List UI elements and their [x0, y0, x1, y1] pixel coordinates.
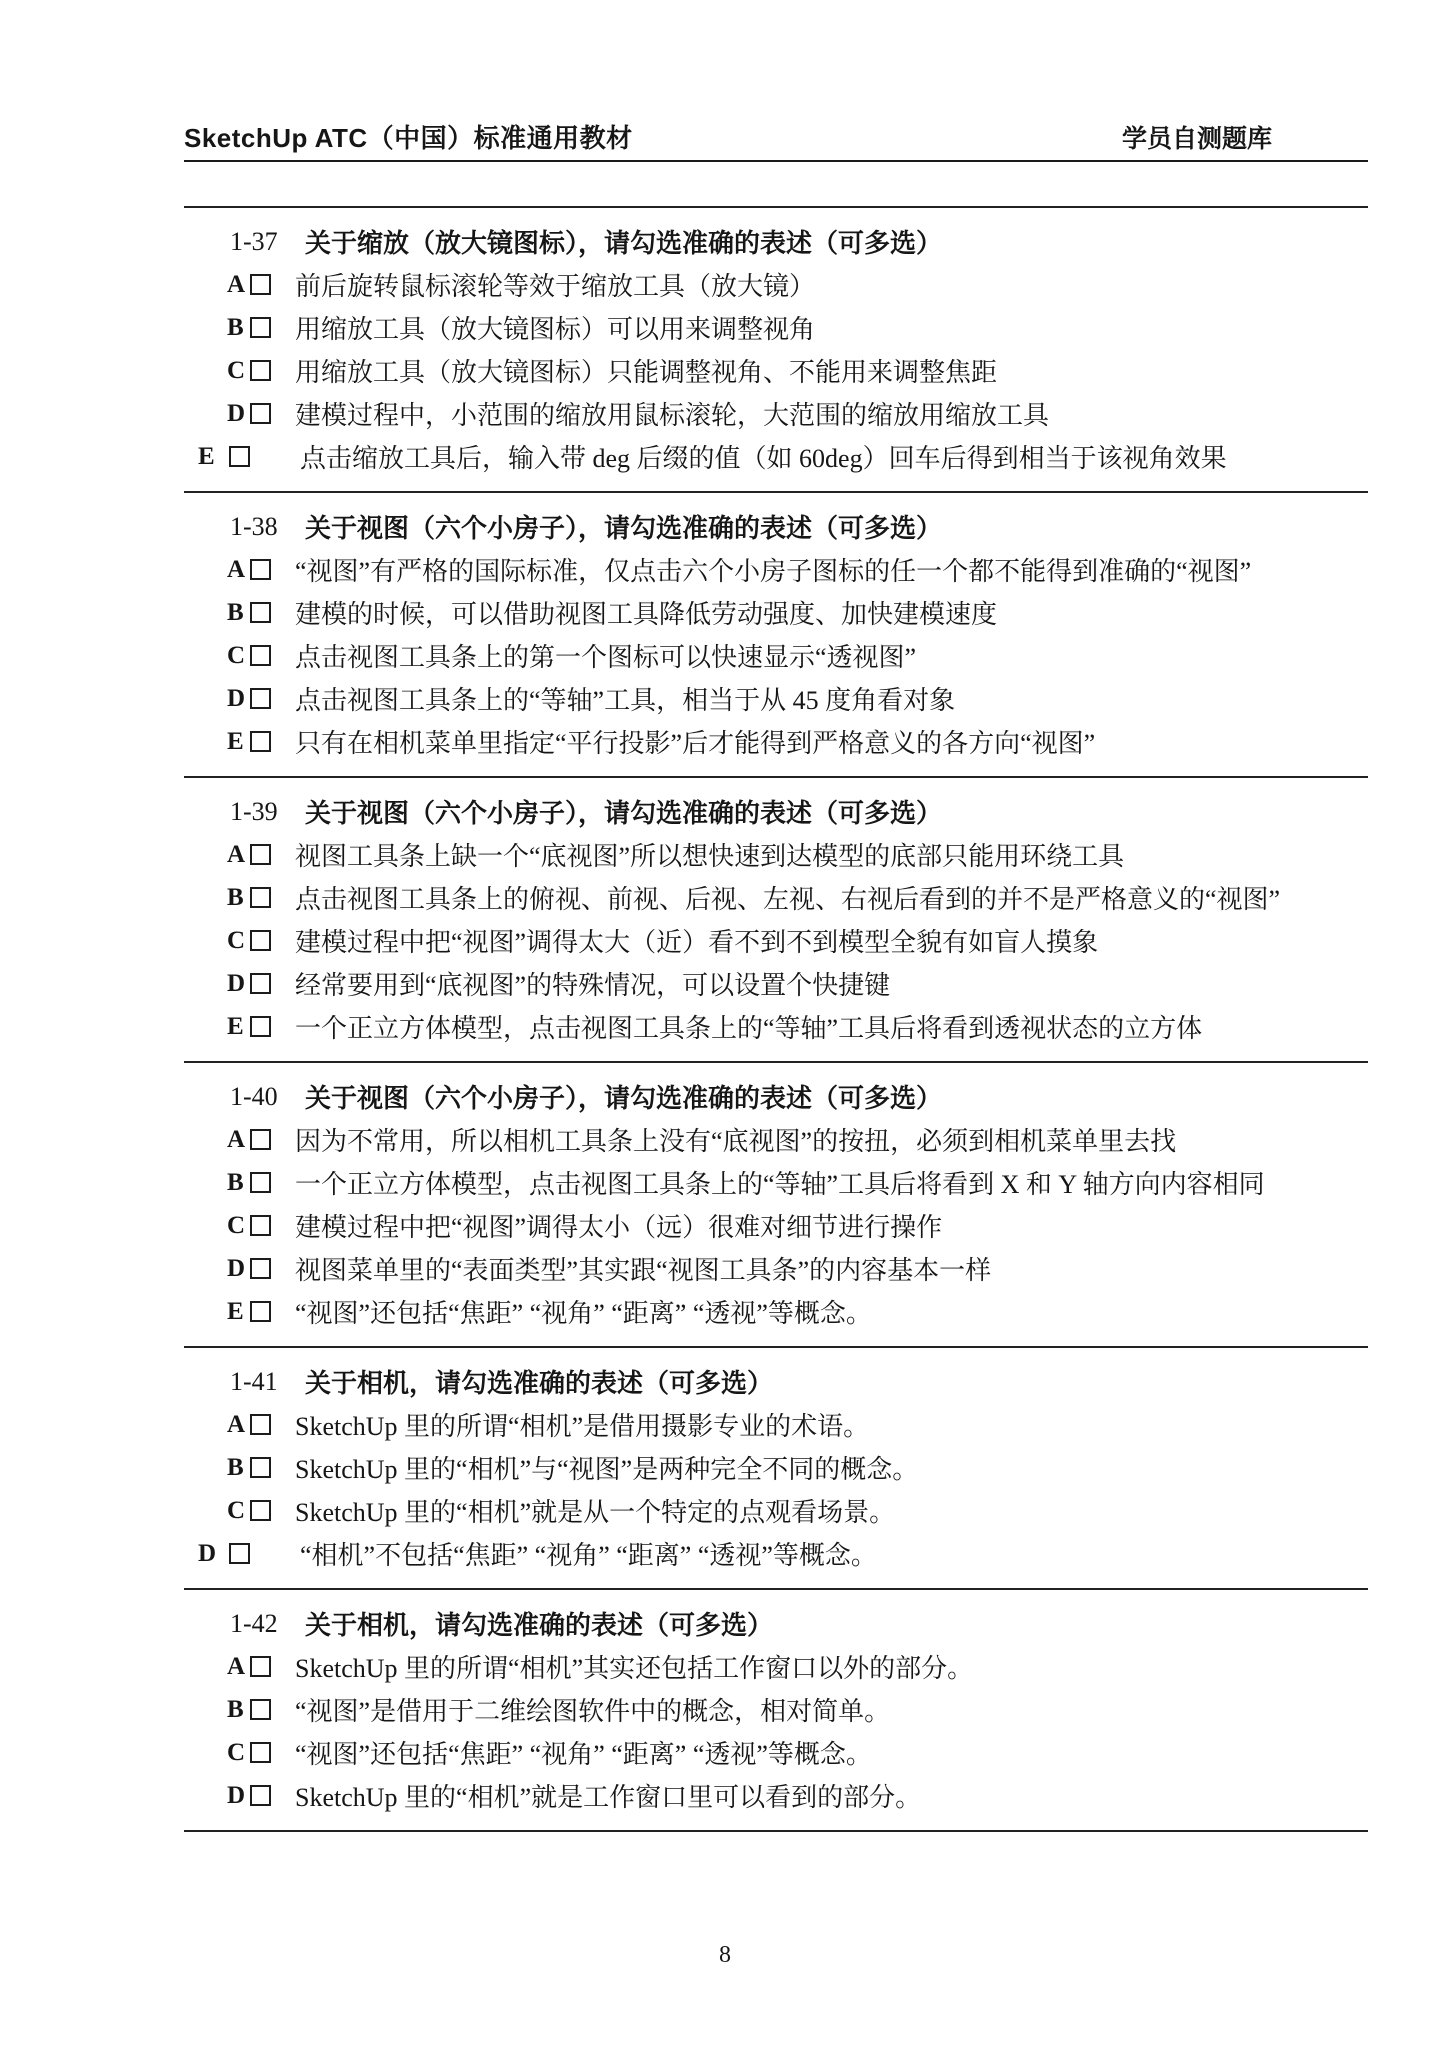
option-checkbox	[250, 930, 271, 951]
question-title: 关于视图（六个小房子），请勾选准确的表述（可多选）	[305, 508, 942, 545]
option-row: D 视图菜单里的“表面类型”其实跟“视图工具条”的内容基本一样	[184, 1247, 1368, 1290]
option-text: 前后旋转鼠标滚轮等效于缩放工具（放大镜）	[295, 266, 815, 303]
option-checkbox	[250, 1457, 271, 1478]
option-letter: E	[227, 1013, 250, 1041]
option-letter: A	[227, 841, 250, 869]
option-letter: B	[227, 1454, 250, 1482]
option-text: 建模的时候，可以借助视图工具降低劳动强度、加快建模速度	[295, 594, 997, 631]
option-row: A SketchUp 里的所谓“相机”是借用摄影专业的术语。	[184, 1403, 1368, 1446]
option-letter: E	[227, 1298, 250, 1326]
question-title-row: 1-41 关于相机，请勾选准确的表述（可多选）	[184, 1360, 1368, 1403]
page-content: SketchUp ATC（中国）标准通用教材 学员自测题库 1-37 关于缩放（…	[184, 0, 1368, 1832]
option-letter: A	[227, 1411, 250, 1439]
option-letter: C	[227, 1212, 250, 1240]
option-checkbox	[250, 844, 271, 865]
option-letter: C	[227, 927, 250, 955]
header-right-label: 学员自测题库	[1122, 119, 1368, 155]
option-row: A SketchUp 里的所谓“相机”其实还包括工作窗口以外的部分。	[184, 1645, 1368, 1688]
option-row: B 建模的时候，可以借助视图工具降低劳动强度、加快建模速度	[184, 591, 1368, 634]
question-title-row: 1-39 关于视图（六个小房子），请勾选准确的表述（可多选）	[184, 790, 1368, 833]
question-title: 关于缩放（放大镜图标），请勾选准确的表述（可多选）	[305, 223, 942, 260]
option-checkbox	[250, 360, 271, 381]
option-text: 只有在相机菜单里指定“平行投影”后才能得到严格意义的各方向“视图”	[295, 723, 1095, 760]
option-checkbox	[250, 602, 271, 623]
page-number: 8	[719, 1942, 731, 1968]
question-title-row: 1-37 关于缩放（放大镜图标），请勾选准确的表述（可多选）	[184, 220, 1368, 263]
option-checkbox	[229, 446, 250, 467]
option-row: E 点击缩放工具后，输入带 deg 后缀的值（如 60deg）回车后得到相当于该…	[184, 435, 1368, 478]
option-row: C 建模过程中把“视图”调得太小（远）很难对细节进行操作	[184, 1204, 1368, 1247]
option-row: D 点击视图工具条上的“等轴”工具，相当于从 45 度角看对象	[184, 677, 1368, 720]
option-text: 建模过程中把“视图”调得太大（近）看不到不到模型全貌有如盲人摸象	[295, 922, 1098, 959]
question-number: 1-40	[230, 1082, 285, 1112]
option-row: B SketchUp 里的“相机”与“视图”是两种完全不同的概念。	[184, 1446, 1368, 1489]
option-text: “视图”有严格的国际标准，仅点击六个小房子图标的任一个都不能得到准确的“视图”	[295, 551, 1251, 588]
question-block: 1-37 关于缩放（放大镜图标），请勾选准确的表述（可多选） A 前后旋转鼠标滚…	[184, 208, 1368, 493]
question-block: 1-39 关于视图（六个小房子），请勾选准确的表述（可多选） A 视图工具条上缺…	[184, 778, 1368, 1063]
page-footer: 8	[0, 1942, 1450, 1969]
option-letter: A	[227, 271, 250, 299]
option-letter: E	[227, 728, 250, 756]
option-text: 视图菜单里的“表面类型”其实跟“视图工具条”的内容基本一样	[295, 1250, 991, 1287]
option-letter: D	[227, 1782, 250, 1810]
question-block: 1-38 关于视图（六个小房子），请勾选准确的表述（可多选） A “视图”有严格…	[184, 493, 1368, 778]
question-title-row: 1-40 关于视图（六个小房子），请勾选准确的表述（可多选）	[184, 1075, 1368, 1118]
option-text: 建模过程中，小范围的缩放用鼠标滚轮，大范围的缩放用缩放工具	[295, 395, 1049, 432]
option-letter: D	[227, 685, 250, 713]
option-row: C “视图”还包括“焦距” “视角” “距离” “透视”等概念。	[184, 1731, 1368, 1774]
option-checkbox	[250, 1785, 271, 1806]
option-letter: B	[227, 314, 250, 342]
option-text: “相机”不包括“焦距” “视角” “距离” “透视”等概念。	[300, 1535, 877, 1572]
option-text: 因为不常用，所以相机工具条上没有“底视图”的按扭，必须到相机菜单里去找	[295, 1121, 1176, 1158]
option-row: C 建模过程中把“视图”调得太大（近）看不到不到模型全貌有如盲人摸象	[184, 919, 1368, 962]
option-checkbox	[250, 688, 271, 709]
question-title: 关于相机，请勾选准确的表述（可多选）	[305, 1363, 773, 1400]
option-letter: B	[227, 599, 250, 627]
question-number: 1-39	[230, 797, 285, 827]
option-text: 建模过程中把“视图”调得太小（远）很难对细节进行操作	[295, 1207, 942, 1244]
question-number: 1-38	[230, 512, 285, 542]
option-checkbox	[250, 973, 271, 994]
option-text: “视图”还包括“焦距” “视角” “距离” “透视”等概念。	[295, 1293, 872, 1330]
option-text: 视图工具条上缺一个“底视图”所以想快速到达模型的底部只能用环绕工具	[295, 836, 1124, 873]
option-text: SketchUp 里的所谓“相机”是借用摄影专业的术语。	[295, 1406, 869, 1443]
option-letter: C	[227, 1739, 250, 1767]
option-text: “视图”还包括“焦距” “视角” “距离” “透视”等概念。	[295, 1734, 872, 1771]
option-row: C SketchUp 里的“相机”就是从一个特定的点观看场景。	[184, 1489, 1368, 1532]
question-list: 1-37 关于缩放（放大镜图标），请勾选准确的表述（可多选） A 前后旋转鼠标滚…	[184, 208, 1368, 1832]
option-text: 经常要用到“底视图”的特殊情况，可以设置个快捷键	[295, 965, 890, 1002]
option-text: “视图”是借用于二维绘图软件中的概念，相对简单。	[295, 1691, 890, 1728]
option-letter: A	[227, 1126, 250, 1154]
question-title-row: 1-38 关于视图（六个小房子），请勾选准确的表述（可多选）	[184, 505, 1368, 548]
option-letter: C	[227, 642, 250, 670]
option-letter: C	[227, 1497, 250, 1525]
option-checkbox	[250, 1742, 271, 1763]
option-letter: D	[227, 1255, 250, 1283]
option-row: C 点击视图工具条上的第一个图标可以快速显示“透视图”	[184, 634, 1368, 677]
option-text: SketchUp 里的“相机”就是工作窗口里可以看到的部分。	[295, 1777, 921, 1814]
option-text: 一个正立方体模型，点击视图工具条上的“等轴”工具后将看到 X 和 Y 轴方向内容…	[295, 1164, 1265, 1201]
option-text: 用缩放工具（放大镜图标）可以用来调整视角	[295, 309, 815, 346]
option-row: B “视图”是借用于二维绘图软件中的概念，相对简单。	[184, 1688, 1368, 1731]
option-row: D “相机”不包括“焦距” “视角” “距离” “透视”等概念。	[184, 1532, 1368, 1575]
option-row: B 点击视图工具条上的俯视、前视、后视、左视、右视后看到的并不是严格意义的“视图…	[184, 876, 1368, 919]
document-title: SketchUp ATC（中国）标准通用教材	[184, 118, 633, 155]
option-row: A 视图工具条上缺一个“底视图”所以想快速到达模型的底部只能用环绕工具	[184, 833, 1368, 876]
option-letter: D	[227, 400, 250, 428]
question-block: 1-40 关于视图（六个小房子），请勾选准确的表述（可多选） A 因为不常用，所…	[184, 1063, 1368, 1348]
option-row: C 用缩放工具（放大镜图标）只能调整视角、不能用来调整焦距	[184, 349, 1368, 392]
option-letter: D	[198, 1540, 229, 1568]
option-row: D SketchUp 里的“相机”就是工作窗口里可以看到的部分。	[184, 1774, 1368, 1817]
option-checkbox	[250, 317, 271, 338]
option-list: A 前后旋转鼠标滚轮等效于缩放工具（放大镜） B 用缩放工具（放大镜图标）可以用…	[184, 263, 1368, 478]
option-letter: A	[227, 556, 250, 584]
option-checkbox	[250, 403, 271, 424]
option-row: D 经常要用到“底视图”的特殊情况，可以设置个快捷键	[184, 962, 1368, 1005]
option-checkbox	[250, 559, 271, 580]
option-text: 一个正立方体模型，点击视图工具条上的“等轴”工具后将看到透视状态的立方体	[295, 1008, 1202, 1045]
question-number: 1-41	[230, 1367, 285, 1397]
option-row: A “视图”有严格的国际标准，仅点击六个小房子图标的任一个都不能得到准确的“视图…	[184, 548, 1368, 591]
question-block: 1-41 关于相机，请勾选准确的表述（可多选） A SketchUp 里的所谓“…	[184, 1348, 1368, 1590]
option-checkbox	[250, 1414, 271, 1435]
option-text: 点击视图工具条上的第一个图标可以快速显示“透视图”	[295, 637, 916, 674]
option-checkbox	[250, 731, 271, 752]
option-row: D 建模过程中，小范围的缩放用鼠标滚轮，大范围的缩放用缩放工具	[184, 392, 1368, 435]
option-list: A 视图工具条上缺一个“底视图”所以想快速到达模型的底部只能用环绕工具 B 点击…	[184, 833, 1368, 1048]
option-list: A “视图”有严格的国际标准，仅点击六个小房子图标的任一个都不能得到准确的“视图…	[184, 548, 1368, 763]
option-checkbox	[250, 1129, 271, 1150]
option-checkbox	[250, 887, 271, 908]
option-letter: B	[227, 884, 250, 912]
option-letter: B	[227, 1169, 250, 1197]
option-checkbox	[250, 1656, 271, 1677]
option-text: SketchUp 里的“相机”与“视图”是两种完全不同的概念。	[295, 1449, 918, 1486]
option-row: E 一个正立方体模型，点击视图工具条上的“等轴”工具后将看到透视状态的立方体	[184, 1005, 1368, 1048]
option-text: 点击视图工具条上的俯视、前视、后视、左视、右视后看到的并不是严格意义的“视图”	[295, 879, 1280, 916]
option-letter: A	[227, 1653, 250, 1681]
question-number: 1-42	[230, 1609, 285, 1639]
option-checkbox	[250, 645, 271, 666]
question-title: 关于相机，请勾选准确的表述（可多选）	[305, 1605, 773, 1642]
option-checkbox	[250, 1215, 271, 1236]
option-list: A SketchUp 里的所谓“相机”是借用摄影专业的术语。 B SketchU…	[184, 1403, 1368, 1575]
option-checkbox	[250, 274, 271, 295]
question-title: 关于视图（六个小房子），请勾选准确的表述（可多选）	[305, 1078, 942, 1115]
option-list: A 因为不常用，所以相机工具条上没有“底视图”的按扭，必须到相机菜单里去找 B …	[184, 1118, 1368, 1333]
question-number: 1-37	[230, 227, 285, 257]
option-checkbox	[250, 1301, 271, 1322]
option-row: E “视图”还包括“焦距” “视角” “距离” “透视”等概念。	[184, 1290, 1368, 1333]
option-row: A 前后旋转鼠标滚轮等效于缩放工具（放大镜）	[184, 263, 1368, 306]
option-text: 点击缩放工具后，输入带 deg 后缀的值（如 60deg）回车后得到相当于该视角…	[300, 438, 1227, 475]
option-checkbox	[250, 1699, 271, 1720]
option-checkbox	[229, 1543, 250, 1564]
option-checkbox	[250, 1016, 271, 1037]
header-gap	[184, 162, 1368, 206]
question-block: 1-42 关于相机，请勾选准确的表述（可多选） A SketchUp 里的所谓“…	[184, 1590, 1368, 1832]
option-text: 用缩放工具（放大镜图标）只能调整视角、不能用来调整焦距	[295, 352, 997, 389]
option-text: SketchUp 里的所谓“相机”其实还包括工作窗口以外的部分。	[295, 1648, 973, 1685]
option-list: A SketchUp 里的所谓“相机”其实还包括工作窗口以外的部分。 B “视图…	[184, 1645, 1368, 1817]
option-letter: D	[227, 970, 250, 998]
option-text: SketchUp 里的“相机”就是从一个特定的点观看场景。	[295, 1492, 895, 1529]
option-row: A 因为不常用，所以相机工具条上没有“底视图”的按扭，必须到相机菜单里去找	[184, 1118, 1368, 1161]
option-row: E 只有在相机菜单里指定“平行投影”后才能得到严格意义的各方向“视图”	[184, 720, 1368, 763]
option-checkbox	[250, 1172, 271, 1193]
option-row: B 一个正立方体模型，点击视图工具条上的“等轴”工具后将看到 X 和 Y 轴方向…	[184, 1161, 1368, 1204]
option-checkbox	[250, 1258, 271, 1279]
option-letter: B	[227, 1696, 250, 1724]
question-title-row: 1-42 关于相机，请勾选准确的表述（可多选）	[184, 1602, 1368, 1645]
question-title: 关于视图（六个小房子），请勾选准确的表述（可多选）	[305, 793, 942, 830]
option-row: B 用缩放工具（放大镜图标）可以用来调整视角	[184, 306, 1368, 349]
option-checkbox	[250, 1500, 271, 1521]
option-letter: C	[227, 357, 250, 385]
page-header: SketchUp ATC（中国）标准通用教材 学员自测题库	[184, 0, 1368, 162]
option-text: 点击视图工具条上的“等轴”工具，相当于从 45 度角看对象	[295, 680, 955, 717]
option-letter: E	[198, 443, 229, 471]
